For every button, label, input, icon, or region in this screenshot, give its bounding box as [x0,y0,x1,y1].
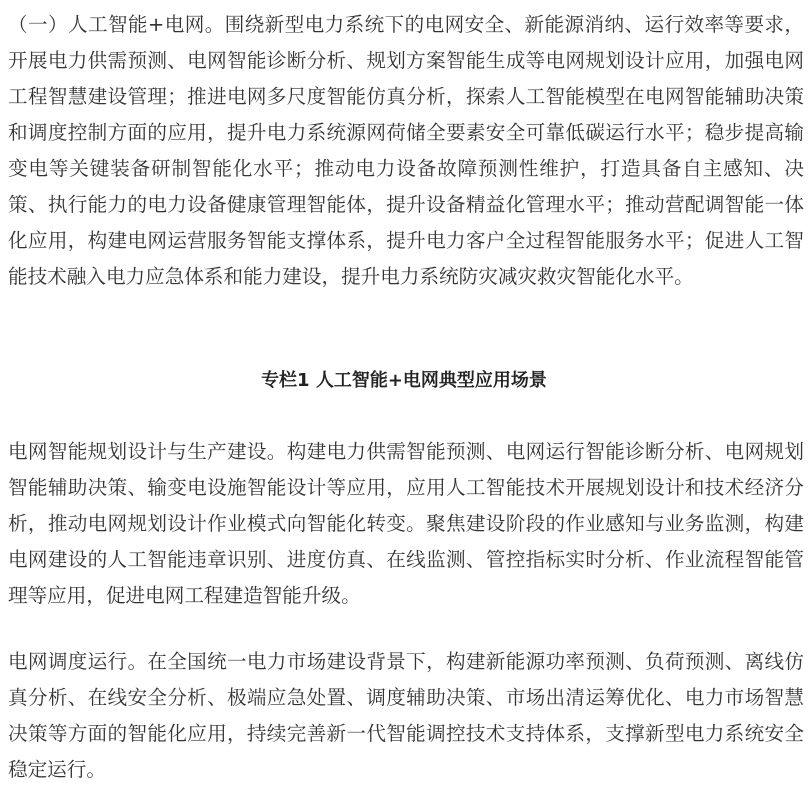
section-heading: 专栏1 人工智能+电网典型应用场景 [0,363,808,399]
planning-construction-paragraph: 电网智能规划设计与生产建设。构建电力供需智能预测、电网运行智能诊断分析、电网规划… [8,434,804,614]
dispatch-operation-paragraph: 电网调度运行。在全国统一电力市场建设背景下，构建新能源功率预测、负荷预测、离线仿… [8,644,804,788]
intro-paragraph: （一）人工智能+电网。围绕新型电力系统下的电网安全、新能源消纳、运行效率等要求，… [8,7,804,295]
